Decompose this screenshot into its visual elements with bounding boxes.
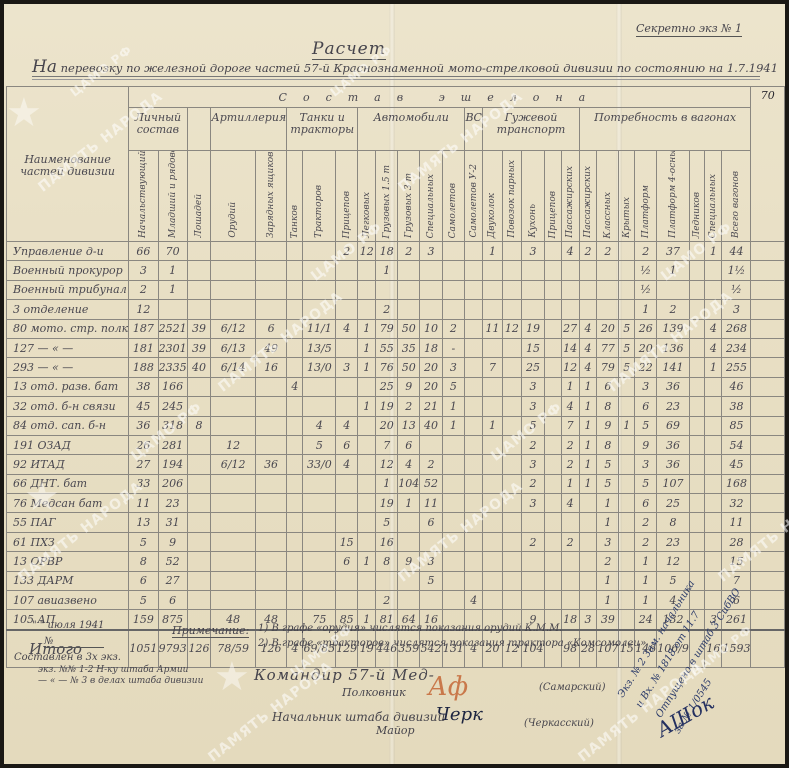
table-cell: [158, 300, 187, 319]
empty-cell: [751, 416, 785, 435]
table-cell: 1: [579, 397, 597, 416]
column-header: Пассажирских: [561, 151, 579, 242]
empty-cell: [751, 494, 785, 513]
table-cell: [483, 397, 502, 416]
table-cell: 13: [129, 513, 158, 532]
table-cell: [420, 261, 442, 280]
table-cell: 9: [597, 416, 619, 435]
table-cell: [705, 571, 722, 590]
column-header: Грузовых 1.5 т: [376, 151, 398, 242]
table-cell: 6: [420, 513, 442, 532]
table-cell: 139: [657, 319, 690, 338]
table-cell: 3: [522, 377, 545, 396]
table-cell: 2: [398, 242, 420, 261]
table-cell: 6: [336, 435, 358, 454]
document-subtitle: На перевозку по железной дороге частей 5…: [32, 57, 778, 77]
table-cell: [287, 242, 303, 261]
table-cell: 12: [561, 358, 579, 377]
table-cell: 2: [597, 552, 619, 571]
table-cell: [544, 358, 561, 377]
column-header-label: Прицепов: [548, 191, 558, 238]
table-cell: [336, 591, 358, 610]
table-cell: [483, 338, 502, 357]
table-cell: 1: [579, 377, 597, 396]
table-cell: [187, 280, 211, 299]
table-cell: 10: [420, 319, 442, 338]
table-cell: 2: [579, 242, 597, 261]
table-cell: 194: [158, 455, 187, 474]
table-cell: 4: [561, 242, 579, 261]
table-cell: 255: [722, 358, 751, 377]
table-cell: [211, 261, 256, 280]
table-cell: [336, 300, 358, 319]
table-cell: [561, 300, 579, 319]
table-cell: 39: [187, 319, 211, 338]
table-cell: 27: [561, 319, 579, 338]
table-cell: 4: [398, 455, 420, 474]
table-cell: 12: [129, 300, 158, 319]
table-cell: 1: [358, 338, 376, 357]
table-cell: [465, 435, 483, 454]
table-cell: 11: [483, 319, 502, 338]
table-cell: 2: [597, 242, 619, 261]
table-cell: [187, 552, 211, 571]
table-cell: 136: [657, 338, 690, 357]
table-cell: 19: [376, 397, 398, 416]
archive-document: Секретно экз № 1 Расчет На перевозку по …: [4, 4, 785, 764]
table-cell: [287, 300, 303, 319]
group-header: Артиллерия: [211, 108, 287, 151]
table-cell: [689, 338, 704, 357]
table-cell: 23: [158, 494, 187, 513]
table-cell: 4: [705, 319, 722, 338]
table-cell: [442, 300, 464, 319]
table-cell: [689, 377, 704, 396]
table-row: Военный трибунал21½½: [7, 280, 785, 299]
date-line: " " июля 1941: [32, 620, 104, 631]
table-cell: [544, 455, 561, 474]
table-cell: [689, 532, 704, 551]
table-cell: 168: [722, 474, 751, 493]
remark-2: 2) В графе «тракторов» числятся показани…: [258, 638, 646, 649]
table-cell: [689, 300, 704, 319]
table-cell: [619, 455, 635, 474]
table-cell: 36: [657, 435, 690, 454]
column-header-label: Прицепов: [342, 191, 352, 238]
table-cell: [211, 377, 256, 396]
table-cell: 26: [129, 435, 158, 454]
column-header: Танков: [287, 151, 303, 242]
table-cell: [619, 494, 635, 513]
column-header: Легковых: [358, 151, 376, 242]
underline: [32, 76, 760, 77]
table-cell: [303, 532, 336, 551]
unit-name: 13 ОРВР: [7, 552, 129, 571]
table-cell: [619, 435, 635, 454]
table-cell: [211, 416, 256, 435]
empty-cell: [751, 358, 785, 377]
table-cell: [187, 474, 211, 493]
table-cell: [442, 552, 464, 571]
table-cell: [255, 474, 286, 493]
table-cell: [483, 261, 502, 280]
table-cell: [187, 513, 211, 532]
table-cell: 1: [619, 416, 635, 435]
table-cell: 3: [442, 358, 464, 377]
table-cell: [211, 532, 256, 551]
table-cell: [522, 591, 545, 610]
table-cell: 6: [398, 435, 420, 454]
unit-name: Военный трибунал: [7, 280, 129, 299]
table-cell: 11: [420, 494, 442, 513]
table-cell: [442, 532, 464, 551]
table-cell: [303, 377, 336, 396]
column-header-label: Кухонь: [528, 204, 538, 238]
unit-name: 80 мото. стр. полк: [7, 319, 129, 338]
table-cell: [579, 261, 597, 280]
table-cell: [522, 513, 545, 532]
table-row: 61 ПХЗ59151622322328: [7, 532, 785, 551]
table-cell: [465, 261, 483, 280]
table-cell: 7: [561, 416, 579, 435]
commander-rank: Полковник: [342, 686, 406, 699]
table-cell: [303, 300, 336, 319]
table-cell: 2: [522, 435, 545, 454]
table-cell: 1: [561, 474, 579, 493]
table-cell: [705, 532, 722, 551]
table-cell: [544, 397, 561, 416]
table-cell: 3: [597, 532, 619, 551]
table-cell: [442, 261, 464, 280]
table-cell: 1: [635, 571, 657, 590]
table-cell: [689, 474, 704, 493]
unit-name: 66 ДНТ. бат: [7, 474, 129, 493]
table-cell: [619, 280, 635, 299]
table-cell: [705, 552, 722, 571]
group-header: Танки и тракторы: [287, 108, 358, 151]
table-cell: [522, 280, 545, 299]
table-cell: 18: [561, 610, 579, 630]
table-cell: [483, 552, 502, 571]
table-cell: 159: [129, 610, 158, 630]
table-cell: [705, 377, 722, 396]
column-header-label: Крытых: [622, 197, 632, 238]
table-cell: [597, 280, 619, 299]
table-cell: 79: [597, 358, 619, 377]
table-cell: 3: [522, 455, 545, 474]
column-header: Специальных: [705, 151, 722, 242]
table-cell: [502, 455, 521, 474]
table-cell: [398, 571, 420, 590]
table-cell: 55: [376, 338, 398, 357]
table-cell: [465, 455, 483, 474]
table-cell: [358, 377, 376, 396]
table-cell: 1½: [722, 261, 751, 280]
column-header-label: Всего вагонов: [731, 171, 741, 238]
column-header-label: Лошадей: [194, 194, 204, 238]
table-cell: [502, 261, 521, 280]
table-row: 13 ОРВР85261893211215: [7, 552, 785, 571]
table-cell: [502, 435, 521, 454]
column-header-label: Младший и рядовой: [168, 152, 178, 238]
underline: [32, 79, 760, 80]
group-header: [187, 108, 211, 151]
table-cell: [187, 494, 211, 513]
table-cell: [211, 513, 256, 532]
table-cell: 54: [722, 435, 751, 454]
table-cell: 40: [187, 358, 211, 377]
table-cell: [376, 280, 398, 299]
table-cell: 23: [657, 397, 690, 416]
table-cell: 18: [420, 338, 442, 357]
table-cell: 6: [597, 377, 619, 396]
table-cell: [544, 474, 561, 493]
table-cell: [502, 358, 521, 377]
table-cell: 7: [483, 358, 502, 377]
table-cell: [522, 571, 545, 590]
table-cell: 8: [657, 513, 690, 532]
table-cell: [502, 300, 521, 319]
column-header: Ледников: [689, 151, 704, 242]
table-cell: 4: [336, 455, 358, 474]
table-cell: 2: [561, 532, 579, 551]
table-cell: [255, 397, 286, 416]
table-cell: 1: [442, 416, 464, 435]
table-cell: [483, 474, 502, 493]
table-cell: 33: [129, 474, 158, 493]
table-cell: 1: [705, 358, 722, 377]
table-row: 107 авиазвено56241146: [7, 591, 785, 610]
table-cell: ½: [635, 280, 657, 299]
table-cell: [255, 435, 286, 454]
table-cell: 66: [129, 242, 158, 261]
table-cell: 52: [158, 552, 187, 571]
sheet-number: 70: [751, 87, 785, 242]
table-cell: [420, 532, 442, 551]
table-cell: 36: [657, 377, 690, 396]
table-cell: [255, 532, 286, 551]
table-cell: [483, 455, 502, 474]
table-cell: 6/12: [211, 455, 256, 474]
table-cell: 35: [398, 338, 420, 357]
table-cell: [336, 494, 358, 513]
table-cell: 20: [420, 377, 442, 396]
table-cell: [544, 242, 561, 261]
column-header-label: Начальствующий состав: [138, 152, 148, 238]
column-header: Самолетов У-2: [465, 151, 483, 242]
table-cell: [689, 358, 704, 377]
table-cell: [619, 242, 635, 261]
table-cell: [619, 610, 635, 630]
table-cell: 79: [376, 319, 398, 338]
table-cell: 12: [358, 242, 376, 261]
table-cell: [187, 571, 211, 590]
table-cell: 1: [597, 591, 619, 610]
table-cell: [211, 494, 256, 513]
table-cell: [579, 494, 597, 513]
table-cell: [544, 300, 561, 319]
table-cell: 4: [579, 358, 597, 377]
column-header-label: Пассажирских: [565, 166, 575, 238]
table-cell: [483, 532, 502, 551]
table-cell: 15: [522, 338, 545, 357]
table-cell: [287, 591, 303, 610]
table-cell: [544, 513, 561, 532]
table-cell: 13: [398, 416, 420, 435]
table-cell: 5: [420, 571, 442, 590]
table-cell: [483, 571, 502, 590]
empty-cell: [751, 455, 785, 474]
table-cell: [211, 242, 256, 261]
table-cell: 2: [522, 532, 545, 551]
table-cell: [483, 280, 502, 299]
table-cell: 25: [657, 494, 690, 513]
table-cell: [465, 300, 483, 319]
column-header-label: Пассажирских: [583, 166, 593, 238]
group-header: Автомобили: [358, 108, 465, 151]
table-cell: [303, 494, 336, 513]
table-cell: 245: [158, 397, 187, 416]
table-cell: [705, 416, 722, 435]
table-cell: [465, 397, 483, 416]
table-cell: 206: [158, 474, 187, 493]
table-cell: 1: [635, 300, 657, 319]
table-cell: 2: [376, 300, 398, 319]
table-cell: 1: [579, 435, 597, 454]
table-cell: [358, 591, 376, 610]
table-cell: 6: [255, 319, 286, 338]
column-header-label: Самолетов: [448, 183, 458, 238]
table-cell: 24: [635, 610, 657, 630]
table-cell: [689, 513, 704, 532]
table-cell: 20: [376, 416, 398, 435]
group-header: Потребность в вагонах: [579, 108, 751, 151]
table-cell: 281: [158, 435, 187, 454]
table-row: 84 отд. сап. б-н363188442013401157191569…: [7, 416, 785, 435]
table-cell: [255, 571, 286, 590]
table-cell: [187, 397, 211, 416]
table-cell: 5: [635, 416, 657, 435]
composed-note: Составлен в 3х экз.: [14, 652, 121, 663]
table-cell: 3: [420, 242, 442, 261]
table-cell: [544, 591, 561, 610]
table-cell: [358, 300, 376, 319]
table-cell: [187, 242, 211, 261]
column-header-label: Платформ: [641, 185, 651, 238]
table-cell: [287, 261, 303, 280]
table-cell: [442, 435, 464, 454]
table-cell: [287, 319, 303, 338]
table-cell: [358, 455, 376, 474]
table-cell: [619, 261, 635, 280]
copy-note-1: экз. №№ 1-2 Н-ку штаба Армии: [38, 665, 188, 675]
table-cell: [657, 280, 690, 299]
table-cell: [398, 591, 420, 610]
column-header: Крытых: [619, 151, 635, 242]
table-row: 13 отд. разв. бат381664259205311633646: [7, 377, 785, 396]
chief-signature: Черк: [436, 704, 483, 725]
table-cell: 3: [336, 358, 358, 377]
table-cell: [502, 494, 521, 513]
table-cell: [561, 571, 579, 590]
table-row: 133 ДАРМ62751157: [7, 571, 785, 590]
table-cell: 8: [129, 552, 158, 571]
table-cell: 5: [129, 591, 158, 610]
table-cell: [705, 397, 722, 416]
table-cell: 4: [705, 338, 722, 357]
column-header: Прицепов: [544, 151, 561, 242]
table-cell: 36: [657, 455, 690, 474]
table-row: 92 ИТАД271946/123633/041242321533645: [7, 455, 785, 474]
table-cell: [465, 494, 483, 513]
column-header-label: Грузовых 1.5 т: [382, 165, 392, 238]
table-cell: [420, 300, 442, 319]
table-cell: 70: [158, 242, 187, 261]
table-cell: [502, 591, 521, 610]
table-cell: 19: [522, 319, 545, 338]
table-cell: [502, 416, 521, 435]
table-cell: 8: [187, 416, 211, 435]
table-row: 66 ДНТ. бат3320611045221155107168: [7, 474, 785, 493]
empty-cell: [751, 610, 785, 630]
table-row: Управление д-и6670212182313422237144: [7, 242, 785, 261]
table-cell: 28: [722, 532, 751, 551]
table-cell: 107: [657, 474, 690, 493]
table-cell: [561, 261, 579, 280]
table-cell: [502, 513, 521, 532]
table-cell: 1: [597, 494, 619, 513]
table-cell: [211, 552, 256, 571]
table-cell: [619, 571, 635, 590]
table-cell: 8: [376, 552, 398, 571]
column-header: Самолетов: [442, 151, 464, 242]
table-cell: 2: [561, 435, 579, 454]
unit-name: 127 — « —: [7, 338, 129, 357]
table-cell: [358, 532, 376, 551]
table-cell: [561, 591, 579, 610]
table-cell: [420, 435, 442, 454]
column-header: Прицепов: [336, 151, 358, 242]
table-cell: ½: [722, 280, 751, 299]
table-cell: 50: [398, 358, 420, 377]
table-cell: 4: [561, 494, 579, 513]
remark-1: 1) В графе «орудия» числятся показания о…: [258, 623, 563, 634]
table-cell: [619, 532, 635, 551]
group-header: Личный состав: [129, 108, 187, 151]
table-cell: [442, 571, 464, 590]
table-cell: 166: [158, 377, 187, 396]
table-cell: 1: [358, 552, 376, 571]
table-cell: 3: [522, 494, 545, 513]
table-cell: 13/5: [303, 338, 336, 357]
registrar-signature: АШок: [652, 690, 718, 742]
table-cell: [211, 591, 256, 610]
table-cell: [255, 513, 286, 532]
table-cell: 5: [619, 358, 635, 377]
table-cell: 26: [635, 319, 657, 338]
table-cell: 1: [483, 242, 502, 261]
table-cell: 1051: [129, 630, 158, 668]
table-cell: [579, 532, 597, 551]
table-cell: [442, 474, 464, 493]
table-cell: [336, 397, 358, 416]
column-header: Всего вагонов: [722, 151, 751, 242]
table-cell: [522, 300, 545, 319]
table-cell: 4: [465, 591, 483, 610]
table-cell: 33/0: [303, 455, 336, 474]
table-cell: [358, 513, 376, 532]
table-cell: 31: [158, 513, 187, 532]
